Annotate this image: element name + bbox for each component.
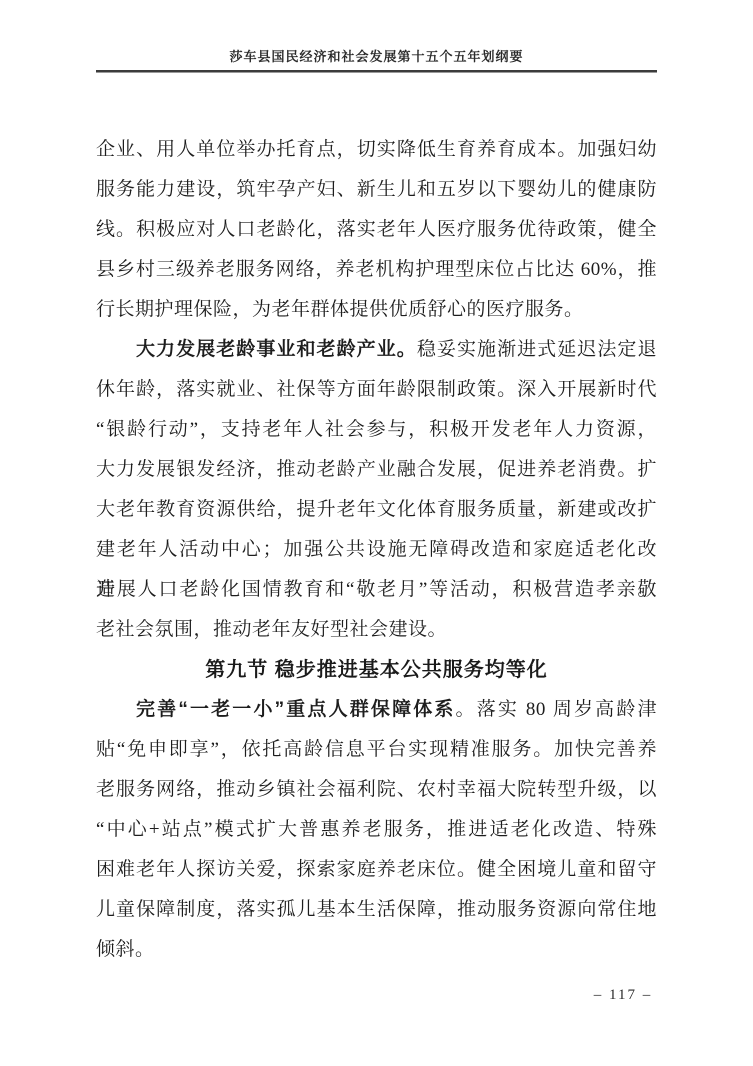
paragraph-line: 儿童保障制度，落实孤儿基本生活保障，推动服务资源向常住地 [96,890,657,930]
paragraph-line: 企业、用人单位举办托育点，切实降低生育养育成本。加强妇幼 [96,130,657,170]
paragraph-lead-bold: 完善“一老一小”重点人群保障体系 [136,699,456,720]
page-footer: – 117 – [0,983,753,1007]
paragraph-line-text: 。落实 80 周岁高龄津 [456,699,657,720]
header-divider [96,70,657,73]
paragraph-line: 大老年教育资源供给，提升老年文化体育服务质量，新建或改扩 [96,490,657,530]
paragraph-line: 完善“一老一小”重点人群保障体系。落实 80 周岁高龄津 [96,690,657,730]
paragraph-line: 建老年人活动中心；加强公共设施无障碍改造和家庭适老化改造。 [96,530,657,570]
paragraph-line: 大力发展银发经济，推动老龄产业融合发展，促进养老消费。扩 [96,450,657,490]
paragraph-line: 贴“免申即享”，依托高龄信息平台实现精准服务。加快完善养 [96,730,657,770]
paragraph-line: 休年龄，落实就业、社保等方面年龄限制政策。深入开展新时代 [96,370,657,410]
paragraph-line-text: 稳妥实施渐进式延迟法定退 [417,339,657,360]
paragraph-lead-bold: 大力发展老龄事业和老龄产业。 [136,339,417,360]
paragraph-line: 开展人口老龄化国情教育和“敬老月”等活动，积极营造孝亲敬 [96,570,657,610]
paragraph-line: 行长期护理保险，为老年群体提供优质舒心的医疗服务。 [96,290,657,330]
document-header-title: 莎车县国民经济和社会发展第十五个五年划纲要 [0,46,753,65]
paragraph-line: 困难老年人探访关爱，探索家庭养老床位。健全困境儿童和留守 [96,850,657,890]
paragraph-line: 倾斜。 [96,930,657,970]
paragraph-line: 老服务网络，推动乡镇社会福利院、农村幸福大院转型升级，以 [96,770,657,810]
paragraph-line: “银龄行动”，支持老年人社会参与，积极开发老年人力资源， [96,410,657,450]
paragraph-line: “中心+站点”模式扩大普惠养老服务，推进适老化改造、特殊 [96,810,657,850]
document-page: { "header": { "title": "莎车县国民经济和社会发展第十五个… [0,0,753,1066]
page-number: – 117 – [553,983,693,1007]
document-body: 企业、用人单位举办托育点，切实降低生育养育成本。加强妇幼 服务能力建设，筑牢孕产… [96,130,657,970]
paragraph-line: 线。积极应对人口老龄化，落实老年人医疗服务优待政策，健全 [96,210,657,250]
paragraph-line: 老社会氛围，推动老年友好型社会建设。 [96,610,657,650]
paragraph-line: 大力发展老龄事业和老龄产业。稳妥实施渐进式延迟法定退 [96,330,657,370]
section-heading: 第九节 稳步推进基本公共服务均等化 [96,650,657,690]
paragraph-line: 服务能力建设，筑牢孕产妇、新生儿和五岁以下婴幼儿的健康防 [96,170,657,210]
paragraph-line: 县乡村三级养老服务网络，养老机构护理型床位占比达 60%，推 [96,250,657,290]
